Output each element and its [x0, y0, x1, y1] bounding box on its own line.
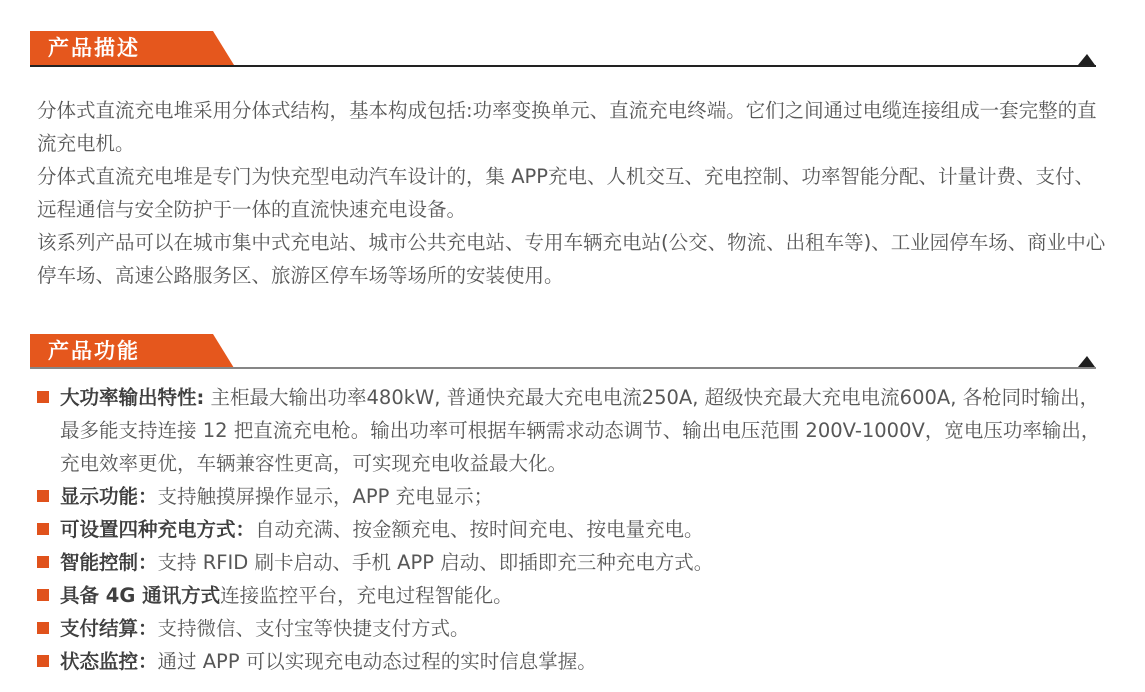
- section-banner-description: 产品描述: [30, 31, 234, 65]
- feature-text: 连接监控平台，充电过程智能化。: [220, 584, 513, 607]
- feature-item: 智能控制：支持 RFID 刷卡启动、手机 APP 启动、即插即充三种充电方式。: [37, 546, 1117, 579]
- feature-item: 具备 4G 通讯方式连接监控平台，充电过程智能化。: [37, 579, 1117, 612]
- feature-text: 充电效率更优，车辆兼容性更高，可实现充电收益最大化。: [60, 452, 567, 475]
- feature-text: 支持触摸屏操作显示，APP 充电显示；: [158, 485, 494, 508]
- feature-text: 支持 RFID 刷卡启动、手机 APP 启动、即插即充三种充电方式。: [158, 551, 714, 574]
- feature-text: 支持微信、支付宝等快捷支付方式。: [158, 617, 470, 640]
- description-line: 流充电机。: [37, 127, 1117, 160]
- feature-item: 显示功能：支持触摸屏操作显示，APP 充电显示；: [37, 480, 1117, 513]
- feature-line: 大功率输出特性: 主柜最大输出功率480kW, 普通快充最大充电电流250A, …: [60, 381, 1117, 414]
- feature-label: 显示功能：: [60, 485, 158, 508]
- feature-item: 支付结算：支持微信、支付宝等快捷支付方式。: [37, 612, 1117, 645]
- feature-item: 可设置四种充电方式：自动充满、按金额充电、按时间充电、按电量充电。: [37, 513, 1117, 546]
- section-title-features: 产品功能: [48, 339, 140, 363]
- description-line: 远程通信与安全防护于一体的直流快速充电设备。: [37, 193, 1117, 226]
- feature-text: 最多能支持连接 12 把直流充电枪。输出功率可根据车辆需求动态调节、输出电压范围…: [60, 419, 1100, 442]
- bullet-square-icon: [37, 589, 49, 601]
- description-line: 停车场、高速公路服务区、旅游区停车场等场所的安装使用。: [37, 259, 1117, 292]
- bullet-square-icon: [37, 490, 49, 502]
- feature-item: 大功率输出特性: 主柜最大输出功率480kW, 普通快充最大充电电流250A, …: [37, 381, 1117, 480]
- feature-label: 可设置四种充电方式：: [60, 518, 255, 541]
- description-line: 分体式直流充电堆采用分体式结构，基本构成包括:功率变换单元、直流充电终端。它们之…: [37, 94, 1117, 127]
- feature-line: 显示功能：支持触摸屏操作显示，APP 充电显示；: [60, 480, 1117, 513]
- section-title-description: 产品描述: [48, 36, 140, 60]
- feature-text: 主柜最大输出功率480kW, 普通快充最大充电电流250A, 超级快充最大充电电…: [204, 386, 1099, 409]
- section-rule-description: [30, 65, 1096, 67]
- feature-text: 自动充满、按金额充电、按时间充电、按电量充电。: [255, 518, 704, 541]
- bullet-square-icon: [37, 655, 49, 667]
- triangle-up-icon: [1078, 356, 1095, 367]
- feature-label: 状态监控：: [60, 650, 158, 673]
- triangle-up-icon: [1078, 54, 1095, 65]
- feature-label: 具备 4G 通讯方式: [60, 584, 220, 607]
- feature-label: 智能控制：: [60, 551, 158, 574]
- feature-line: 具备 4G 通讯方式连接监控平台，充电过程智能化。: [60, 579, 1117, 612]
- bullet-square-icon: [37, 523, 49, 535]
- bullet-square-icon: [37, 391, 49, 403]
- feature-item: 状态监控：通过 APP 可以实现充电动态过程的实时信息掌握。: [37, 645, 1117, 678]
- description-line: 该系列产品可以在城市集中式充电站、城市公共充电站、专用车辆充电站(公交、物流、出…: [37, 226, 1117, 259]
- product-description-text: 分体式直流充电堆采用分体式结构，基本构成包括:功率变换单元、直流充电终端。它们之…: [37, 94, 1117, 292]
- feature-line: 充电效率更优，车辆兼容性更高，可实现充电收益最大化。: [60, 447, 1117, 480]
- feature-text: 通过 APP 可以实现充电动态过程的实时信息掌握。: [158, 650, 597, 673]
- description-line: 分体式直流充电堆是专门为快充型电动汽车设计的，集 APP充电、人机交互、充电控制…: [37, 160, 1117, 193]
- feature-label: 大功率输出特性:: [60, 386, 204, 409]
- section-banner-features: 产品功能: [30, 334, 234, 368]
- bullet-square-icon: [37, 622, 49, 634]
- feature-label: 支付结算：: [60, 617, 158, 640]
- feature-line: 状态监控：通过 APP 可以实现充电动态过程的实时信息掌握。: [60, 645, 1117, 678]
- feature-line: 智能控制：支持 RFID 刷卡启动、手机 APP 启动、即插即充三种充电方式。: [60, 546, 1117, 579]
- feature-line: 支付结算：支持微信、支付宝等快捷支付方式。: [60, 612, 1117, 645]
- section-rule-features: [30, 367, 1096, 369]
- product-page: 产品描述 分体式直流充电堆采用分体式结构，基本构成包括:功率变换单元、直流充电终…: [0, 0, 1145, 692]
- feature-line: 最多能支持连接 12 把直流充电枪。输出功率可根据车辆需求动态调节、输出电压范围…: [60, 414, 1117, 447]
- feature-list: 大功率输出特性: 主柜最大输出功率480kW, 普通快充最大充电电流250A, …: [37, 381, 1117, 678]
- bullet-square-icon: [37, 556, 49, 568]
- feature-line: 可设置四种充电方式：自动充满、按金额充电、按时间充电、按电量充电。: [60, 513, 1117, 546]
